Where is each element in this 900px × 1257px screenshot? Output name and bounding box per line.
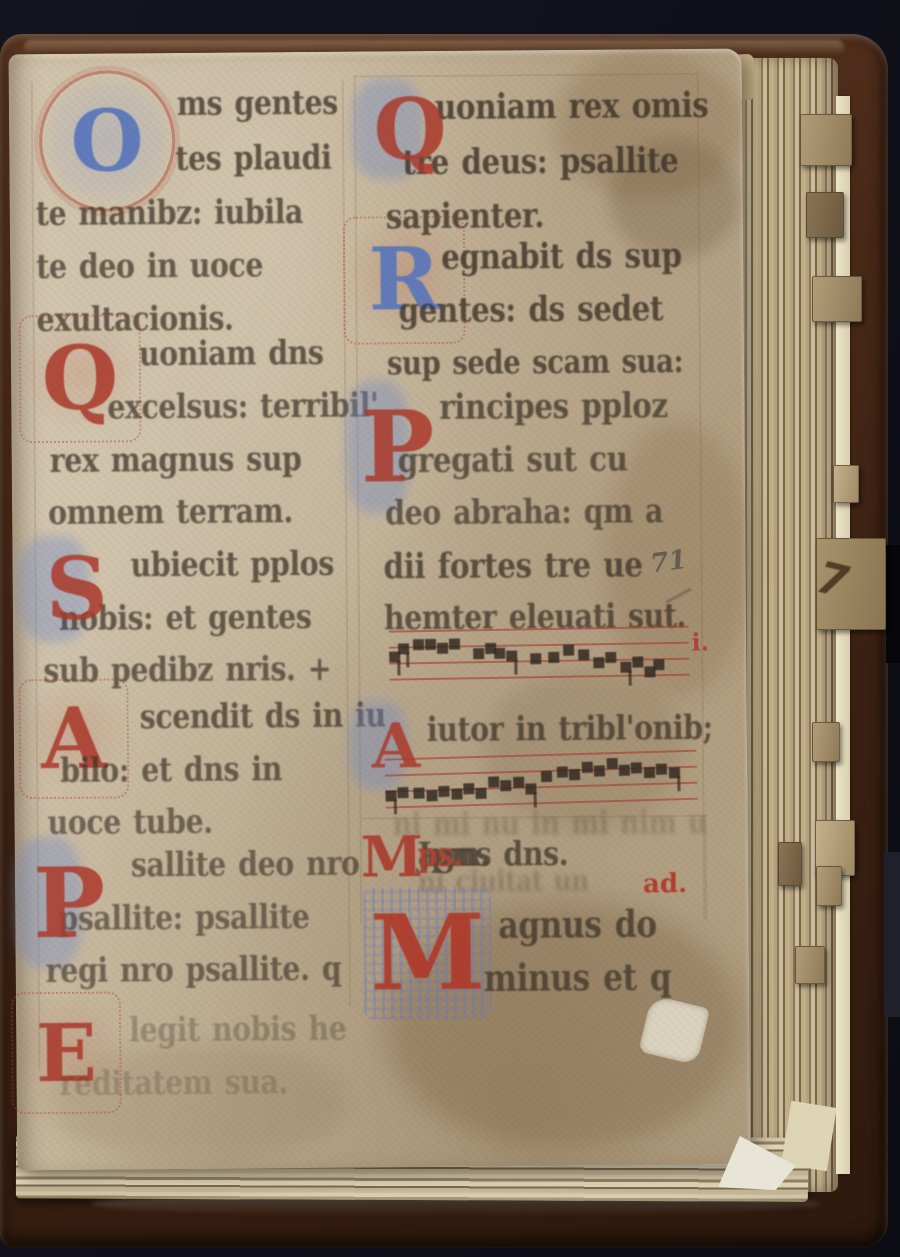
neume (620, 662, 631, 673)
neume (594, 765, 605, 776)
text-line: legit nobis he (129, 1011, 346, 1051)
stain (553, 49, 744, 200)
neume (631, 762, 642, 773)
neume (644, 767, 655, 778)
index-tab: 7 (816, 538, 886, 630)
stain (483, 669, 684, 831)
text-line: reditatem sua. (59, 1064, 288, 1104)
neume (653, 659, 664, 670)
stave-line (385, 766, 697, 777)
decorated-initial-r: R (348, 221, 461, 340)
neume (398, 643, 409, 654)
column-left: Oms gentestes plaudite manibz: iubilate … (9, 49, 751, 1171)
initial-letter: P (33, 858, 106, 950)
ruling-line (363, 815, 707, 820)
stave-end-mark: i. (691, 627, 709, 656)
neume (389, 651, 400, 662)
neume (506, 651, 517, 662)
stave-line (390, 674, 690, 681)
music-stave (384, 750, 698, 817)
stave-line (386, 798, 698, 809)
index-tab (806, 192, 844, 238)
neume (413, 639, 424, 650)
text-line: agnus do (498, 903, 657, 947)
neume (644, 666, 655, 677)
pencil-stroke (666, 588, 692, 604)
neume (398, 787, 409, 798)
text-line: iutor in tribl'onib; (427, 710, 713, 751)
decorated-initial-o: O (42, 73, 173, 209)
stave-line (385, 782, 697, 793)
stave-line (389, 658, 689, 665)
ruling-line (354, 73, 697, 78)
neume (488, 776, 499, 787)
ruling-line (342, 80, 351, 1006)
text-line: gentes: ds sedet (398, 290, 663, 332)
index-tab (778, 842, 802, 886)
neume (385, 790, 396, 801)
initial-letter: R (368, 239, 440, 321)
initial-letter: A (41, 699, 107, 779)
index-tab (800, 114, 852, 166)
backdrop-object (886, 545, 900, 663)
rubric-segment-red: ps. (418, 837, 463, 876)
text-line: sub pedibz nris. + (43, 651, 331, 692)
neume-stem (534, 792, 537, 807)
neume (606, 758, 617, 769)
stave-line (389, 642, 689, 649)
stain (383, 899, 745, 1152)
page: 71 Oms gentestes plaudite manibz: iubila… (9, 49, 751, 1171)
paper-scrap-on-page (638, 995, 710, 1065)
text-line: exultacionis. (36, 301, 233, 341)
text-line: scendit ds in iu (140, 697, 386, 738)
neume-stem (514, 660, 517, 675)
decorated-initial-a: A (357, 699, 436, 794)
neume (556, 766, 567, 777)
index-tab (816, 866, 842, 906)
decorated-initial-q: Q (24, 319, 137, 438)
decorated-initial-s: S (28, 533, 125, 646)
neume (425, 639, 436, 650)
decorated-initial-e: E (16, 997, 117, 1110)
neume (485, 643, 496, 654)
text-line: bilo: et dns in (60, 751, 282, 791)
text-line: minus et q (484, 956, 672, 1000)
neume-stem (628, 671, 631, 686)
stain (609, 139, 740, 260)
initial-letter: Q (41, 337, 118, 421)
folio-number: 71 (649, 545, 689, 579)
decorated-initial-m: M (363, 887, 492, 1020)
neume (656, 763, 667, 774)
initial-letter: Q (373, 90, 447, 170)
neume (473, 648, 484, 659)
neume (605, 652, 616, 663)
neume (548, 652, 559, 663)
decorated-initial-q: Q (362, 77, 459, 184)
index-tab (795, 946, 825, 984)
photograph-of-manuscript: 71 Oms gentestes plaudite manibz: iubila… (0, 0, 900, 1257)
neume (451, 788, 462, 799)
stave-line (384, 750, 696, 761)
neume (593, 657, 604, 668)
decorated-initial-p: P (23, 834, 116, 975)
text-line: omnem terram. (48, 493, 293, 534)
neume (569, 769, 580, 780)
stave-line (389, 626, 689, 633)
rubric-segment-red: p. (418, 837, 447, 876)
neume (581, 762, 592, 773)
initial-letter: E (36, 1015, 98, 1091)
initial-letter: A (372, 717, 421, 776)
text-line: ubiecit pplos (130, 546, 334, 586)
leather-highlight-bottom (90, 1192, 820, 1216)
neume (494, 648, 505, 659)
neume (463, 783, 474, 794)
index-tab (833, 465, 859, 503)
initial-letter: M (370, 903, 486, 1003)
text-line: te manibz: iubila (36, 194, 303, 235)
initial-letter: M (361, 831, 423, 885)
text-line: dii fortes tre ue (383, 546, 642, 588)
stain (46, 1042, 347, 1164)
index-tab (812, 276, 862, 322)
initial-letter: P (360, 401, 434, 495)
text-line: sup sede scam sua: (387, 343, 684, 383)
neume (526, 783, 537, 794)
ruling-line (697, 73, 706, 919)
neume (426, 791, 437, 802)
music-stave: i. (389, 626, 690, 689)
neume (541, 771, 552, 782)
neume (563, 645, 574, 656)
text-line: sapienter. (386, 197, 545, 238)
backdrop-object (884, 852, 900, 1017)
text-line: sallite deo nro (131, 846, 360, 886)
text-line: ni ciuitat un (418, 866, 589, 901)
rubric-segment-ink: agns dns. (418, 836, 569, 876)
text-line: tes plaudi (175, 140, 331, 180)
decorated-initial-p: P (354, 377, 441, 520)
text-line: rex magnus sup (50, 441, 302, 482)
neume (501, 780, 512, 791)
neume (437, 642, 448, 653)
decorated-initial-a: A (23, 683, 124, 794)
text-line: egnabit ds sup (441, 237, 682, 279)
stain (601, 418, 753, 699)
neume (449, 639, 460, 650)
neume-stem (677, 777, 680, 792)
neume-stem (397, 660, 400, 675)
text-line: ms gentes (177, 85, 338, 125)
neume (669, 768, 680, 779)
neume-stem (406, 652, 409, 667)
neume (632, 657, 643, 668)
neume (413, 788, 424, 799)
neume (619, 764, 630, 775)
flyleaf-edge (836, 96, 850, 1174)
neume (438, 785, 449, 796)
neume (530, 654, 541, 665)
neume (513, 777, 524, 788)
rubric-segment-ink: Jpm. (418, 837, 490, 876)
stain (189, 112, 311, 413)
initial-letter: O (70, 101, 144, 181)
text-line: rincipes pploz (439, 387, 668, 429)
ruling-line (704, 815, 707, 921)
column-right: Quoniam rex omistre deus: psallitesapien… (9, 49, 751, 1171)
text-line: uoce tube. (47, 804, 212, 844)
index-tab (812, 722, 840, 762)
text-line: te deo in uoce (36, 247, 263, 287)
text-line: excelsus: terribil' (107, 387, 378, 428)
neume (476, 788, 487, 799)
neume-stem (394, 799, 397, 814)
neume (578, 650, 589, 661)
text-line: hemter eleuati sut. (384, 598, 686, 639)
rubric-side-mark: ad. (643, 869, 687, 899)
initial-letter: S (45, 549, 108, 631)
text-line: uoniam rex omis (435, 87, 709, 129)
text-line: uoniam dns (139, 335, 324, 375)
text-line: ni mi nu in mi nim u (392, 805, 706, 844)
decorated-initial-m: M (363, 821, 422, 895)
